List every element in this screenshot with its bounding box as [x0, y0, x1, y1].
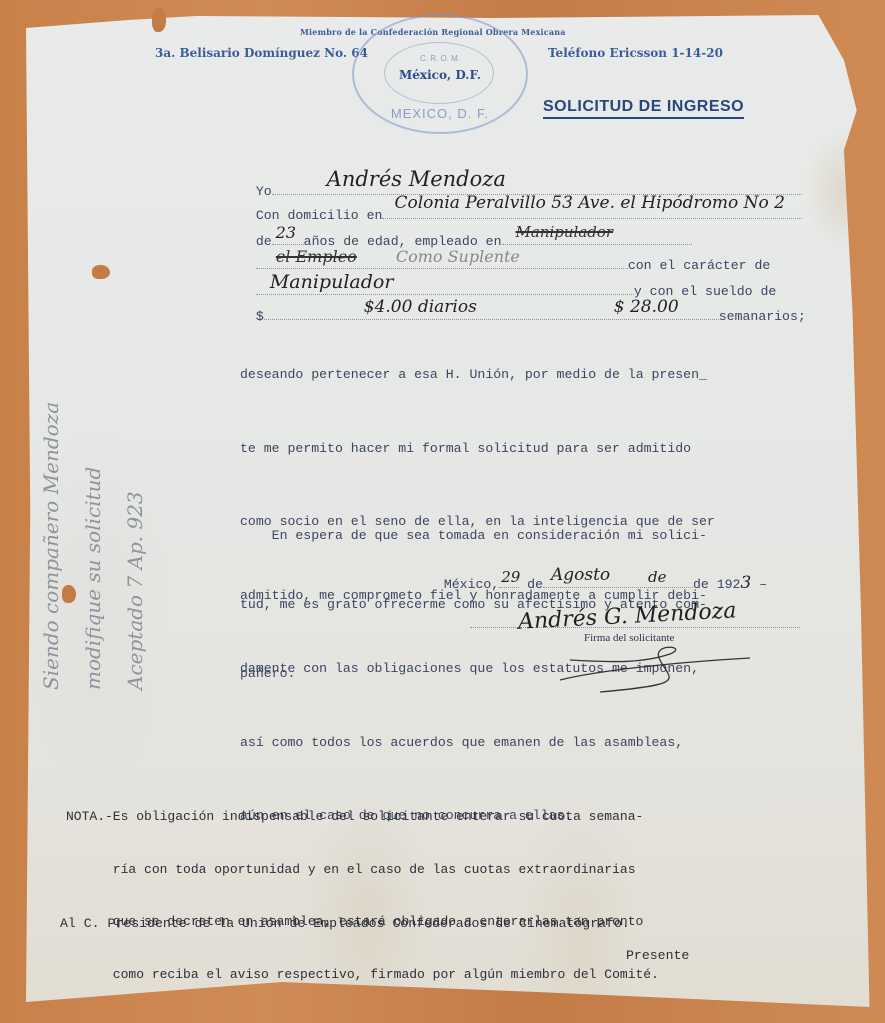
date-de-2: de	[693, 577, 709, 592]
month-field: Agostode	[543, 574, 693, 588]
margin-note-line: Siendo compañero Mendoza	[30, 170, 72, 690]
body-line: así como todos los acuerdos que emanen d…	[240, 731, 715, 756]
employer-line2-struck: el Empleo	[276, 247, 357, 266]
nota-line: ría con toda oportunidad y en el caso de…	[66, 861, 659, 879]
date-year-suffix: 3	[740, 573, 751, 593]
applicant-name: Andrés Mendoza	[327, 167, 506, 191]
date-day: 29	[501, 568, 520, 586]
paper-tear	[152, 8, 166, 32]
domicilio-value: Colonia Peralvillo 53 Ave. el Hipódromo …	[394, 193, 785, 213]
body-line: deseando pertenecer a esa H. Unión, por …	[240, 363, 715, 388]
date-year-prefix: 192	[717, 577, 741, 592]
signature-flourish	[540, 640, 800, 700]
date-de: de	[527, 577, 543, 592]
margin-note-line: Aceptado 7 Ap. 923	[114, 170, 156, 690]
stamp-bottom-text: MEXICO, D. F.	[354, 106, 526, 121]
weekly-suffix: semanarios;	[719, 309, 806, 324]
nota-block: NOTA.-Es obligación indispensable del so…	[66, 773, 659, 1001]
caracter-value: Manipulador	[270, 271, 394, 293]
date-line: México,29 deAgostodede 1923 –	[428, 558, 767, 593]
letterhead-address: 3a. Belisario Domínguez No. 64	[155, 46, 368, 60]
addressee: Al C. Presidente de la Unión de Empleado…	[60, 916, 630, 931]
body-line: te me permito hacer mi formal solicitud …	[240, 437, 715, 462]
margin-note-line: modifique su solicitud	[72, 170, 114, 690]
date-de-hand: de	[648, 568, 666, 586]
closing-line: En espera de que sea tomada en considera…	[240, 524, 707, 547]
letterhead-phone: Teléfono Ericsson 1-14-20	[548, 46, 723, 60]
stamp-city: México, D.F.	[354, 68, 526, 82]
nota-line: NOTA.-Es obligación indispensable del so…	[66, 808, 659, 826]
employer-line2: Como Suplente	[396, 247, 520, 266]
stamp-org: C. R. O. M.	[354, 54, 526, 63]
nota-line: como reciba el aviso respectivo, firmado…	[66, 966, 659, 984]
date-city: México,	[444, 577, 499, 592]
employer-struck: Manipulador	[516, 223, 614, 241]
presente-label: Presente	[626, 948, 689, 963]
date-month: Agosto	[551, 565, 610, 585]
day-field: 29	[499, 574, 519, 588]
page-title: SOLICITUD DE INGRESO	[543, 98, 744, 119]
union-stamp: C. R. O. M. México, D.F. MEXICO, D. F.	[352, 14, 528, 134]
margin-note: Siendo compañero Mendoza modifique su so…	[30, 170, 156, 690]
